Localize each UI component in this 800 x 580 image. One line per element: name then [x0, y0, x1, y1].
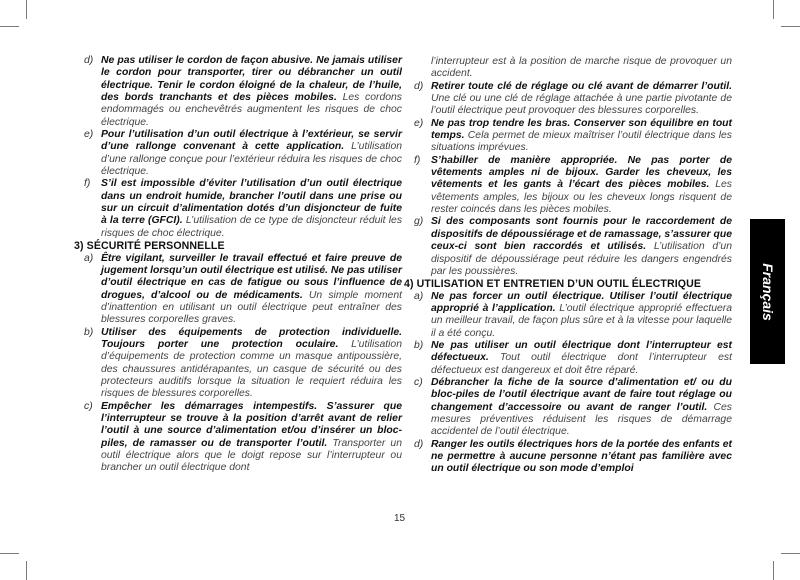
language-tab-label: Français	[760, 263, 776, 321]
list-item-electrical-d: d) Ne pas utiliser le cordon de façon ab…	[84, 55, 402, 129]
item-label: a)	[414, 291, 423, 303]
item-label: d)	[84, 55, 93, 67]
list-item-electrical-e: e) Pour l’utilisation d’un outil électri…	[84, 129, 402, 178]
item-instruction: Ranger les outils électriques hors de la…	[431, 439, 732, 475]
item-instruction: S’habiller de manière appropriée. Ne pas…	[431, 155, 732, 191]
crop-mark-bottom-left-h	[0, 553, 19, 554]
list-item-tool-a: a) Ne pas forcer un outil électrique. Ut…	[414, 291, 732, 340]
item-label: d)	[414, 81, 423, 93]
item-instruction: Retirer toute clé de réglage ou clé avan…	[431, 81, 732, 92]
list-item-personal-c: c) Empêcher les démarrages intempestifs.…	[84, 401, 402, 475]
item-label: b)	[414, 340, 423, 352]
list-item-tool-d: d) Ranger les outils électriques hors de…	[414, 439, 732, 476]
list-item-tool-b: b) Ne pas utiliser un outil électrique d…	[414, 340, 732, 377]
item-explanation: Une clé ou une clé de réglage attachée à…	[431, 93, 732, 116]
item-label: e)	[414, 118, 423, 130]
item-explanation: Cela permet de mieux maîtriser l’outil é…	[431, 130, 732, 153]
crop-mark-bottom-right-v	[773, 561, 774, 580]
crop-mark-top-right-v	[773, 0, 774, 19]
section-heading-personal-safety: 3) SÉCURITÉ PERSONNELLE	[74, 240, 402, 252]
right-column: l’interrupteur est à la position de marc…	[414, 56, 732, 476]
page-number: 15	[394, 513, 405, 524]
list-item-tool-c: c) Débrancher la fiche de la source d’al…	[414, 377, 732, 439]
item-label: d)	[414, 439, 423, 451]
list-item-personal-a: a) Être vigilant, surveiller le travail …	[84, 253, 402, 327]
list-item-personal-b: b) Utiliser des équipements de protectio…	[84, 327, 402, 401]
crop-mark-top-left-h	[0, 26, 19, 27]
crop-mark-top-right-h	[781, 26, 800, 27]
list-item-personal-e: e) Ne pas trop tendre les bras. Conserve…	[414, 118, 732, 155]
left-column: d) Ne pas utiliser le cordon de façon ab…	[84, 55, 402, 475]
item-instruction: Débrancher la fiche de la source d’alime…	[431, 377, 732, 413]
list-item-electrical-f: f) S’il est impossible d’éviter l’utilis…	[84, 178, 402, 240]
list-item-personal-g: g) Si des composants sont fournis pour l…	[414, 216, 732, 278]
item-label: b)	[84, 327, 93, 339]
list-item-personal-f: f) S’habiller de manière appropriée. Ne …	[414, 155, 732, 217]
item-label: f)	[414, 155, 420, 167]
item-label: c)	[84, 401, 93, 413]
item-label: a)	[84, 253, 93, 265]
language-tab: Français	[750, 219, 785, 364]
crop-mark-top-left-v	[26, 0, 27, 19]
item-label: c)	[414, 377, 423, 389]
continued-text: l’interrupteur est à la position de marc…	[414, 56, 732, 81]
list-item-personal-d: d) Retirer toute clé de réglage ou clé a…	[414, 81, 732, 118]
item-label: g)	[414, 216, 423, 228]
section-heading-tool-use: 4) UTILISATION ET ENTRETIEN D’UN OUTIL É…	[404, 278, 732, 290]
item-label: e)	[84, 129, 93, 141]
crop-mark-bottom-left-v	[26, 561, 27, 580]
item-explanation-continued: l’interrupteur est à la position de marc…	[431, 56, 732, 79]
crop-mark-bottom-right-h	[781, 553, 800, 554]
item-label: f)	[84, 178, 90, 190]
